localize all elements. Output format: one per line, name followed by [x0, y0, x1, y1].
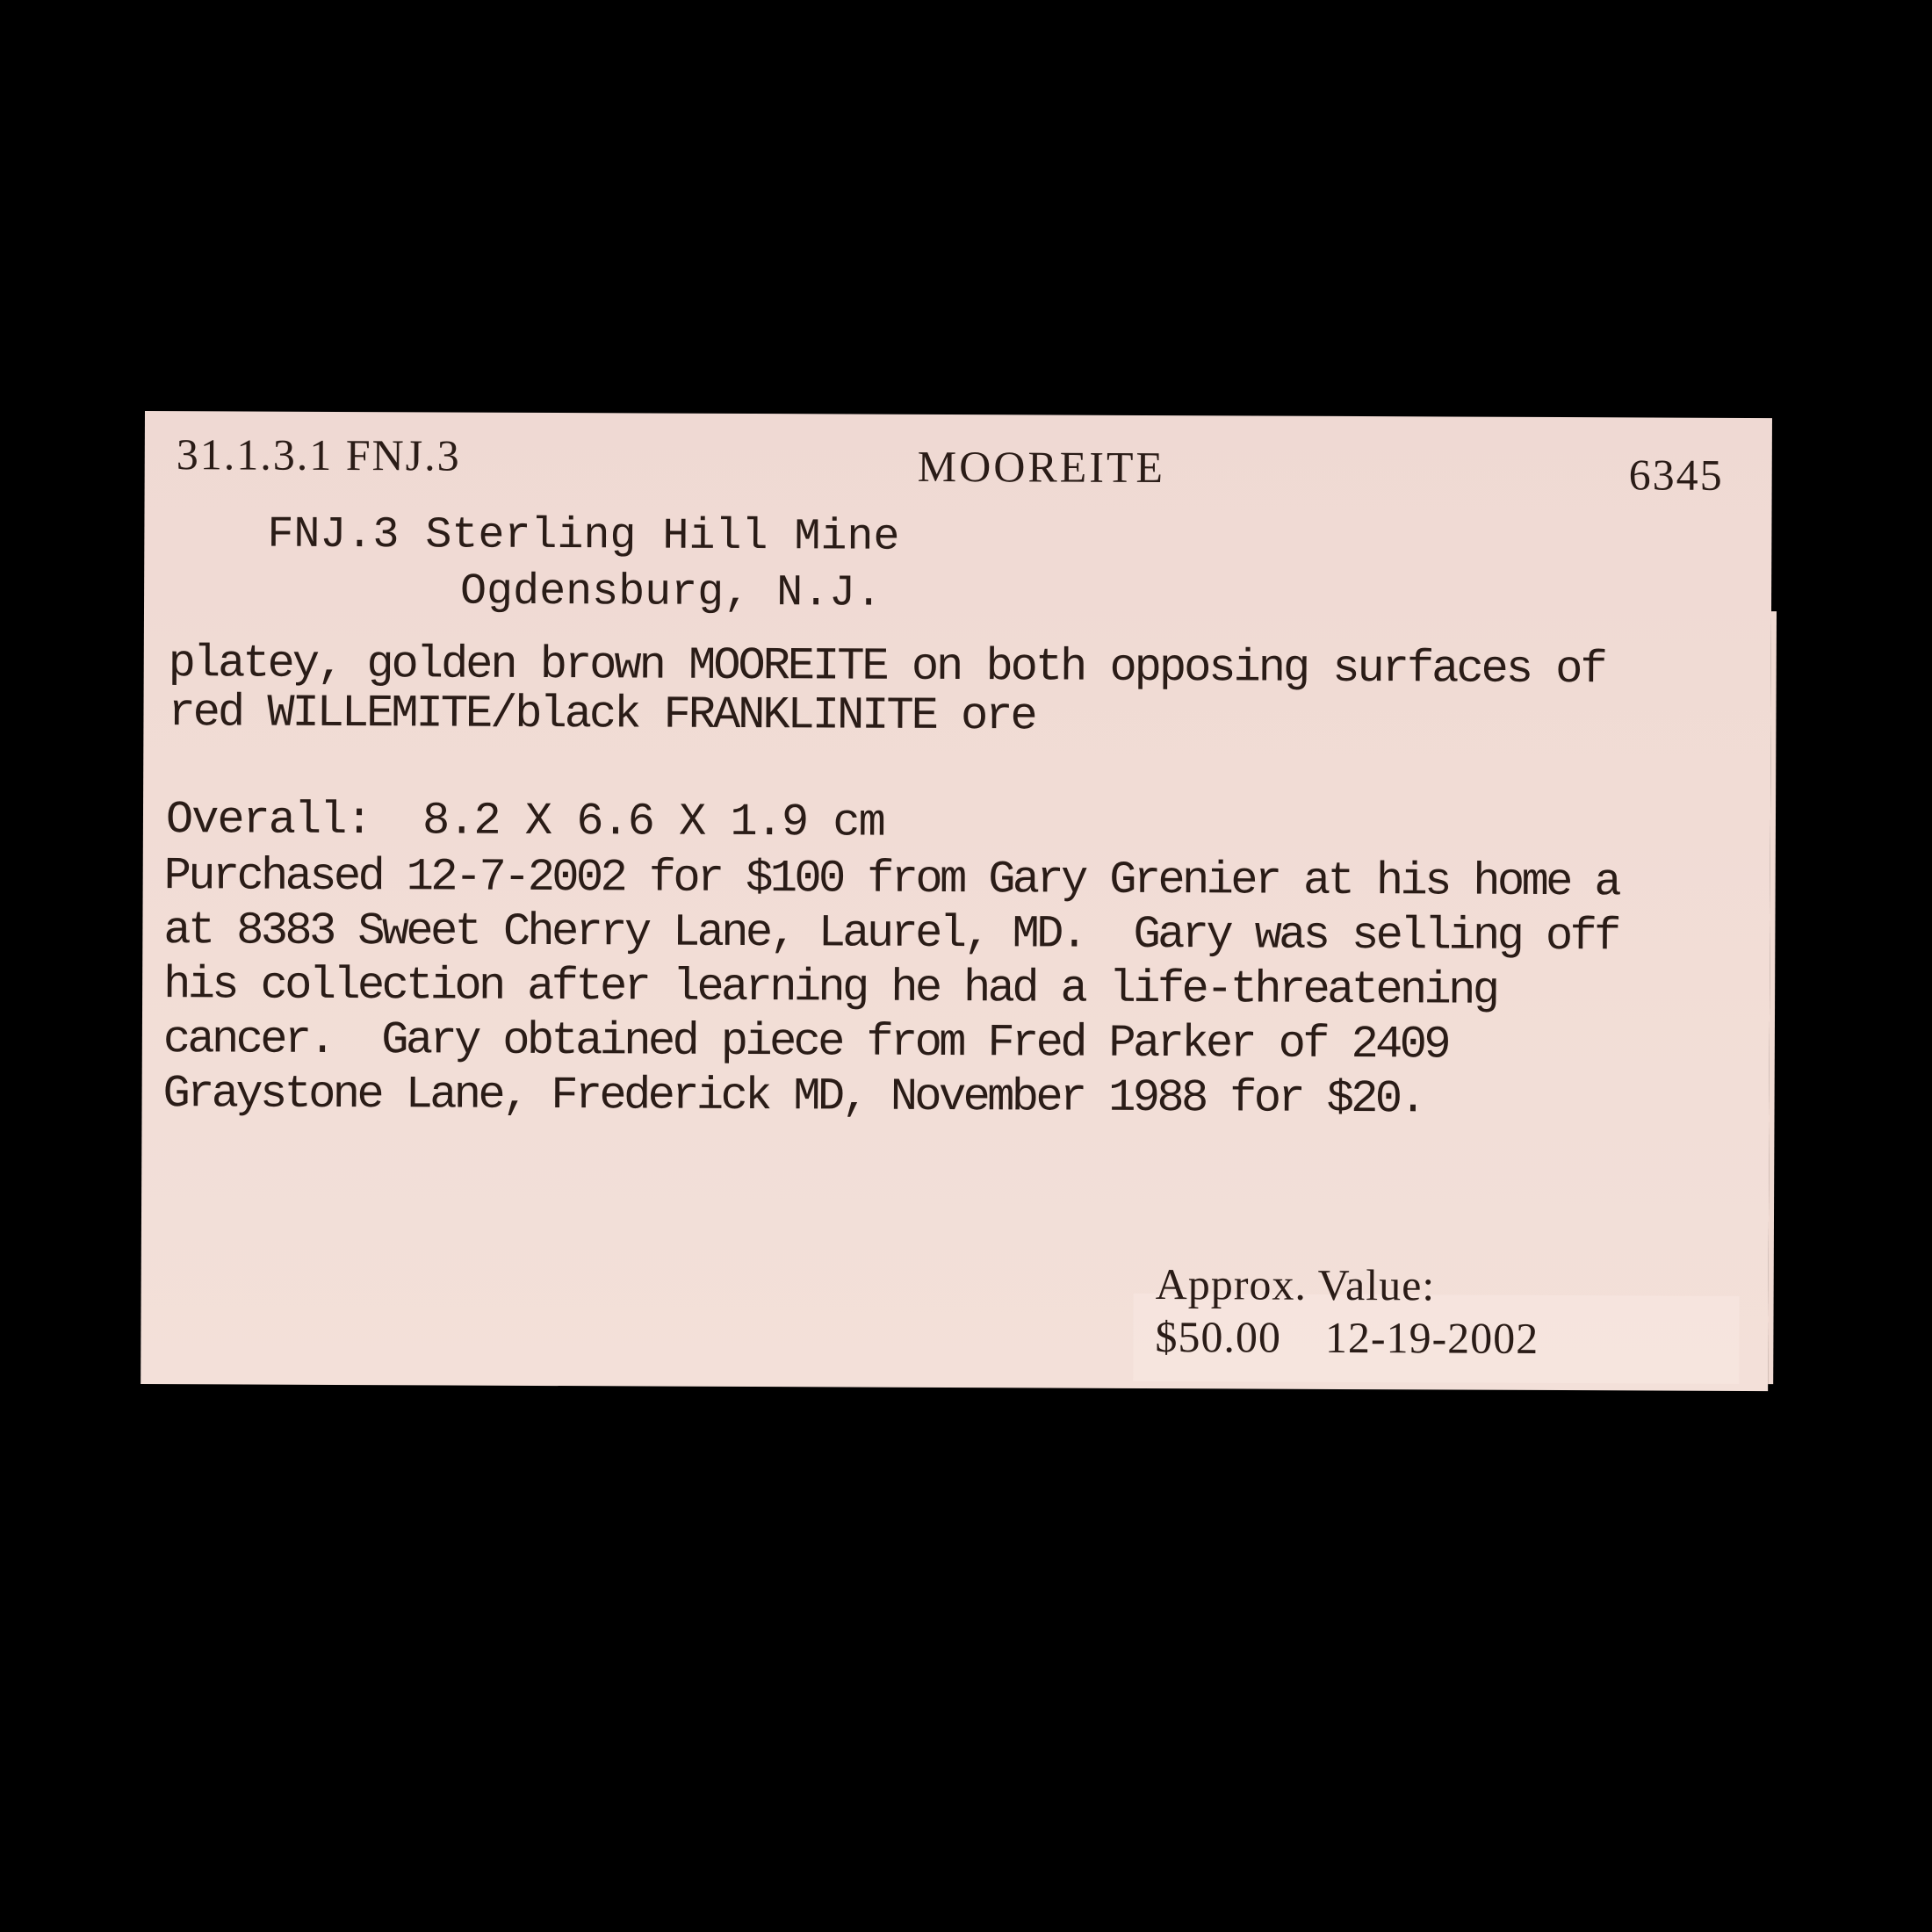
card-edge	[1768, 611, 1777, 1384]
provenance-line-1: Purchased 12-7-2002 for $100 from Gary G…	[164, 854, 1619, 905]
provenance-line-2: at 8383 Sweet Cherry Lane, Laurel, MD. G…	[163, 908, 1618, 960]
catalog-code: 31.1.3.1 FNJ.3	[177, 432, 461, 477]
provenance-line-5: Graystone Lane, Frederick MD, November 1…	[162, 1071, 1424, 1122]
dimensions-value: 8.2 X 6.6 X 1.9 cm	[422, 795, 884, 848]
approx-value-date: 12-19-2002	[1325, 1313, 1539, 1363]
dimensions-label: Overall:	[166, 794, 371, 847]
locality-town: Ogdensburg, N.J.	[460, 571, 882, 616]
specimen-number: 6345	[1629, 452, 1724, 496]
dimensions: Overall: 8.2 X 6.6 X 1.9 cm	[166, 797, 884, 847]
provenance-line-4: cancer. Gary obtained piece from Fred Pa…	[163, 1017, 1448, 1068]
approx-value: $50.0012-19-2002	[1155, 1315, 1539, 1360]
mineral-name: MOOREITE	[918, 444, 1166, 489]
description-line-2: red WILLEMITE/black FRANKLINITE ore	[168, 690, 1034, 739]
locality-mine: FNJ.3 Sterling Hill Mine	[267, 514, 899, 560]
description-line-1: platey, golden brown MOOREITE on both op…	[169, 641, 1605, 693]
approx-value-amount: $50.00	[1155, 1312, 1281, 1362]
provenance-line-3: his collection after learning he had a l…	[163, 962, 1496, 1014]
specimen-label-card: 31.1.3.1 FNJ.3 MOOREITE 6345 FNJ.3 Sterl…	[141, 411, 1772, 1391]
approx-value-label: Approx. Value:	[1156, 1262, 1436, 1307]
